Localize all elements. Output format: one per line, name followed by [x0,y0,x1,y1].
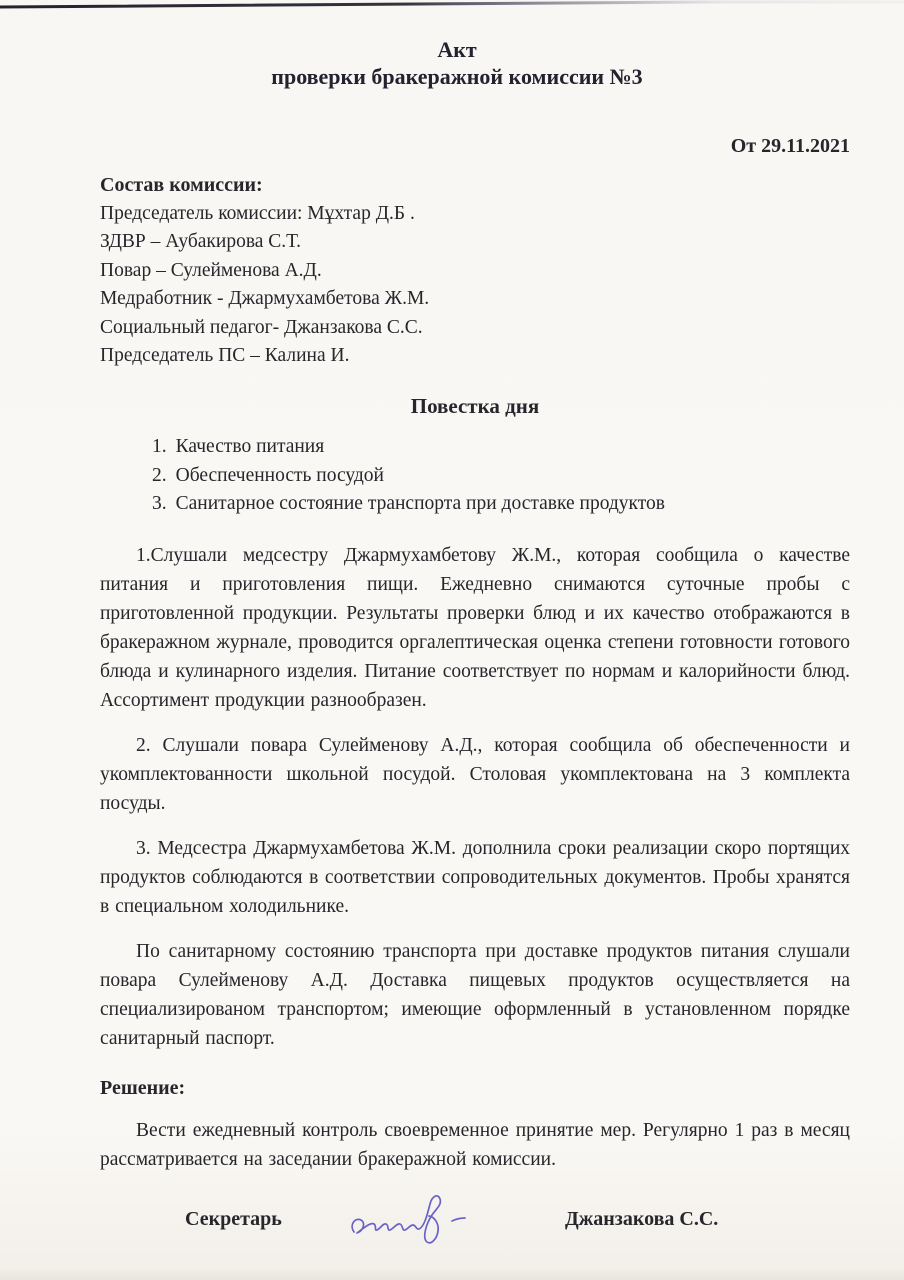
agenda-heading: Повестка дня [100,393,850,419]
commission-member: Социальный педагог- Джанзакова С.С. [100,314,850,342]
agenda-list: 1. Качество питания 2. Обеспеченность по… [100,433,850,518]
body-paragraph: 3. Медсестра Джармухамбетова Ж.М. дополн… [100,834,850,921]
document-date: От 29.11.2021 [100,135,850,158]
commission-member: Председатель ПС – Калина И. [100,342,850,370]
agenda-item-text: Санитарное состояние транспорта при дост… [176,490,665,518]
body-paragraph: 1.Слушали медсестру Джармухамбетову Ж.М.… [100,541,850,715]
agenda-item-number: 1. [152,433,167,461]
document-title: Акт проверки бракеражной комиссии №3 [82,36,832,90]
signature-role-label: Секретарь [185,1208,282,1231]
body-paragraph: По санитарному состоянию транспорта при … [100,937,850,1053]
agenda-item-text: Качество питания [176,433,325,461]
agenda-item-number: 2. [152,462,167,490]
agenda-item: 3. Санитарное состояние транспорта при д… [152,490,850,518]
commission-heading: Состав комиссии: [100,171,850,200]
agenda-item-text: Обеспеченность посудой [176,462,384,490]
document-content: Акт проверки бракеражной комиссии №3 От … [100,0,850,1276]
body-paragraph: 2. Слушали повара Сулейменову А.Д., кото… [100,731,850,818]
commission-member: ЗДВР – Аубакирова С.Т. [100,228,850,256]
commission-section: Состав комиссии: Председатель комиссии: … [100,171,850,370]
title-line-2: проверки бракеражной комиссии №3 [82,63,832,90]
agenda-item: 2. Обеспеченность посудой [152,462,850,490]
commission-member: Медработник - Джармухамбетова Ж.М. [100,285,850,313]
signature-row: Секретарь Джанзакова С.С. [100,1192,850,1276]
commission-member: Председатель комиссии: Мұхтар Д.Б . [100,200,850,228]
signature-name: Джанзакова С.С. [565,1208,718,1231]
title-line-1: Акт [82,36,832,63]
decision-heading: Решение: [100,1077,850,1100]
agenda-item: 1. Качество питания [152,433,850,461]
handwritten-signature [342,1180,472,1264]
scanned-document-page: Акт проверки бракеражной комиссии №3 От … [0,0,904,1280]
commission-member: Повар – Сулейменова А.Д. [100,257,850,285]
agenda-item-number: 3. [152,490,167,518]
scan-edge-artifact-bottom [0,1268,904,1280]
decision-paragraph: Вести ежедневный контроль своевременное … [100,1116,850,1174]
